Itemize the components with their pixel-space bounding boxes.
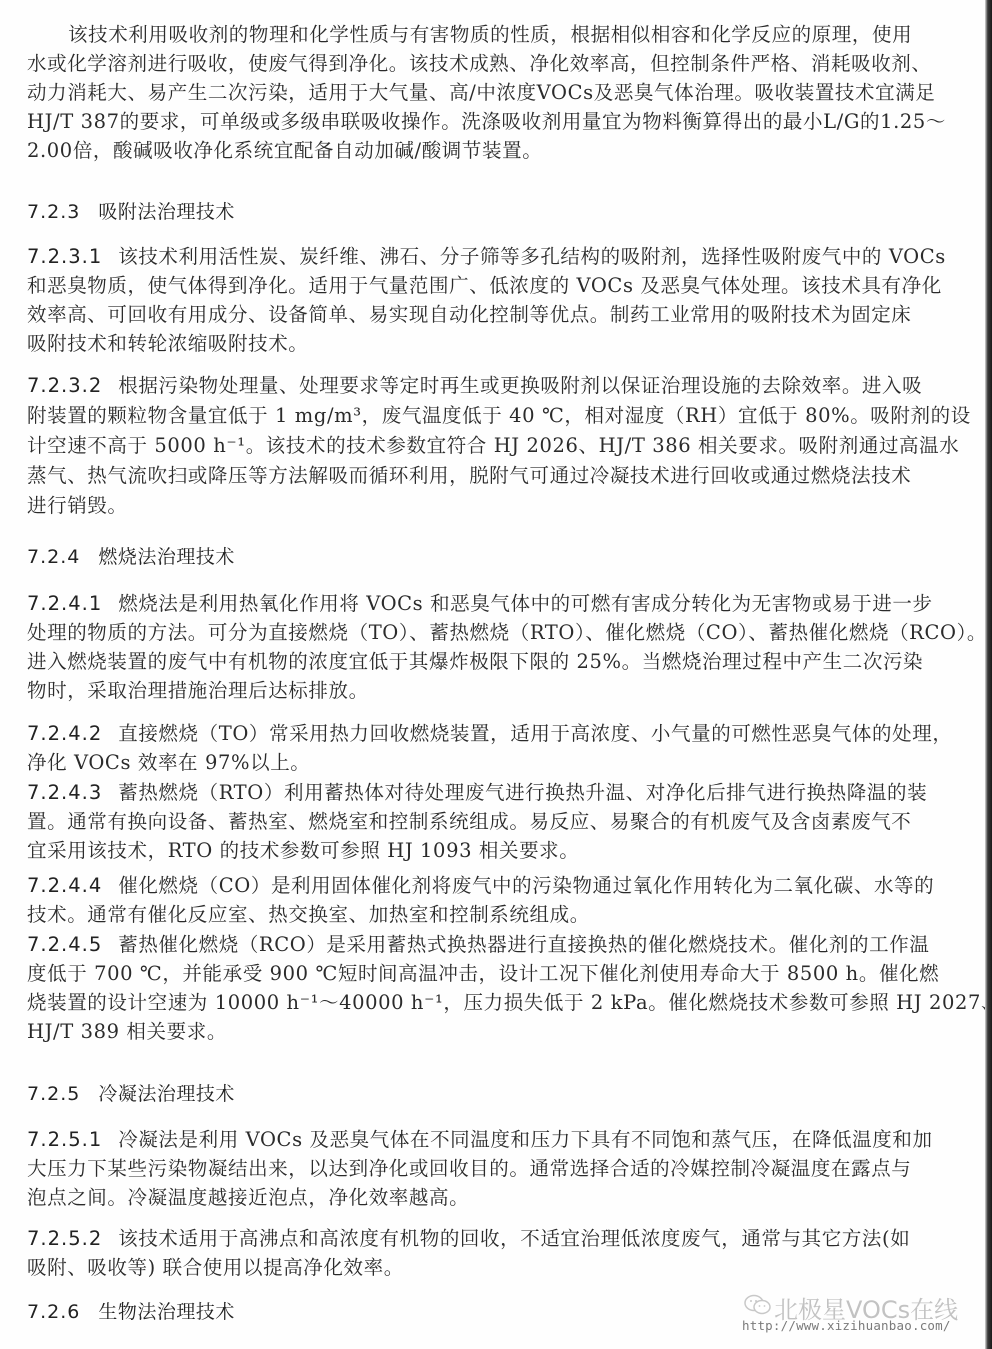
watermark-url: http://www.xizihuanbao.com/ bbox=[742, 1318, 951, 1333]
clause-text: 该技术适用于高沸点和高浓度有机物的回收，不适宜治理低浓度废气，通常与其它方法(如 bbox=[118, 1227, 910, 1250]
section-number: 7.2.3 bbox=[27, 201, 80, 223]
clause-text: 蓄热催化燃烧（RCO）是采用蓄热式换热器进行直接换热的催化燃烧技术。催化剂的工作… bbox=[118, 933, 929, 956]
clause-number: 7.2.4.2 bbox=[27, 722, 102, 745]
clause-line: 7.2.3.2根据污染物处理量、处理要求等定时再生或更换吸附剂以保证治理设施的去… bbox=[27, 373, 922, 399]
section-title: 生物法治理技术 bbox=[98, 1301, 235, 1323]
intro-line: 动力消耗大、易产生二次污染，适用于大气量、高/中浓度VOCs及恶臭气体治理。吸收… bbox=[27, 80, 935, 106]
clause-line: 物时，采取治理措施治理后达标排放。 bbox=[27, 678, 369, 704]
clause-line: 烧装置的设计空速为 10000 h⁻¹～40000 h⁻¹，压力损失低于 2 k… bbox=[27, 990, 992, 1016]
clause-text: 直接燃烧（TO）常采用热力回收燃烧装置，适用于高浓度、小气量的可燃性恶臭气体的处… bbox=[118, 722, 952, 745]
clause-number: 7.2.4.1 bbox=[27, 592, 102, 615]
section-title: 燃烧法治理技术 bbox=[98, 546, 235, 568]
clause-line: 吸附技术和转轮浓缩吸附技术。 bbox=[27, 331, 308, 357]
section-number: 7.2.6 bbox=[27, 1301, 80, 1323]
section-heading-7-2-5: 7.2.5冷凝法治理技术 bbox=[27, 1081, 235, 1107]
clause-number: 7.2.5.2 bbox=[27, 1227, 102, 1250]
clause-line: 大压力下某些污染物凝结出来，以达到净化或回收目的。通常选择合适的冷媒控制冷凝温度… bbox=[27, 1156, 911, 1182]
section-heading-7-2-6: 7.2.6生物法治理技术 bbox=[27, 1299, 235, 1325]
clause-line: 7.2.4.1燃烧法是利用热氧化作用将 VOCs 和恶臭气体中的可燃有害成分转化… bbox=[27, 591, 933, 617]
intro-line: 该技术利用吸收剂的物理和化学性质与有害物质的性质，根据相似相容和化学反应的原理，… bbox=[68, 22, 912, 48]
clause-number: 7.2.3.2 bbox=[27, 374, 102, 397]
clause-text: 冷凝法是利用 VOCs 及恶臭气体在不同温度和压力下具有不同饱和蒸气压，在降低温… bbox=[118, 1128, 932, 1151]
intro-line: 2.00倍，酸碱吸收净化系统宜配备自动加碱/酸调节装置。 bbox=[27, 138, 542, 164]
clause-number: 7.2.4.5 bbox=[27, 933, 102, 956]
watermark: 北极星VOCs在线 http://www.xizihuanbao.com/ bbox=[742, 1290, 982, 1340]
page-edge-divider bbox=[985, 0, 992, 1349]
clause-line: 7.2.4.5蓄热催化燃烧（RCO）是采用蓄热式换热器进行直接换热的催化燃烧技术… bbox=[27, 932, 929, 958]
section-title: 冷凝法治理技术 bbox=[98, 1083, 235, 1105]
clause-line: 7.2.4.3蓄热燃烧（RTO）利用蓄热体对待处理废气进行换热升温、对净化后排气… bbox=[27, 780, 927, 806]
clause-number: 7.2.3.1 bbox=[27, 245, 102, 268]
clause-line: 宜采用该技术，RTO 的技术参数可参照 HJ 1093 相关要求。 bbox=[27, 838, 579, 864]
clause-text: 燃烧法是利用热氧化作用将 VOCs 和恶臭气体中的可燃有害成分转化为无害物或易于… bbox=[118, 592, 932, 615]
clause-line: 处理的物质的方法。可分为直接燃烧（TO）、蓄热燃烧（RTO）、催化燃烧（CO）、… bbox=[27, 620, 987, 646]
section-number: 7.2.4 bbox=[27, 546, 80, 568]
clause-text: 该技术利用活性炭、炭纤维、沸石、分子筛等多孔结构的吸附剂，选择性吸附废气中的 V… bbox=[118, 245, 946, 268]
section-number: 7.2.5 bbox=[27, 1083, 80, 1105]
clause-line: 附装置的颗粒物含量宜低于 1 mg/m³，废气温度低于 40 ℃，相对湿度（RH… bbox=[27, 403, 971, 429]
clause-line: 7.2.5.2该技术适用于高沸点和高浓度有机物的回收，不适宜治理低浓度废气，通常… bbox=[27, 1226, 910, 1252]
intro-line: 水或化学溶剂进行吸收，使废气得到净化。该技术成熟、净化效率高，但控制条件严格、消… bbox=[27, 51, 932, 77]
section-heading-7-2-4: 7.2.4燃烧法治理技术 bbox=[27, 544, 235, 570]
clause-text: 催化燃烧（CO）是利用固体催化剂将废气中的污染物通过氧化作用转化为二氧化碳、水等… bbox=[118, 874, 934, 897]
clause-line: 7.2.5.1冷凝法是利用 VOCs 及恶臭气体在不同温度和压力下具有不同饱和蒸… bbox=[27, 1127, 933, 1153]
clause-line: 蒸气、热气流吹扫或降压等方法解吸而循环利用，脱附气可通过冷凝技术进行回收或通过燃… bbox=[27, 463, 911, 489]
clause-number: 7.2.4.4 bbox=[27, 874, 102, 897]
clause-line: 吸附、吸收等) 联合使用以提高净化效率。 bbox=[27, 1255, 404, 1281]
clause-line: 效率高、可回收有用成分、设备简单、易实现自动化控制等优点。制药工业常用的吸附技术… bbox=[27, 302, 911, 328]
document-page: 该技术利用吸收剂的物理和化学性质与有害物质的性质，根据相似相容和化学反应的原理，… bbox=[0, 0, 992, 1349]
clause-text: 根据污染物处理量、处理要求等定时再生或更换吸附剂以保证治理设施的去除效率。进入吸 bbox=[118, 374, 922, 397]
clause-line: 置。通常有换向设备、蓄热室、燃烧室和控制系统组成。易反应、易聚合的有机废气及含卤… bbox=[27, 809, 911, 835]
clause-line: 度低于 700 ℃，并能承受 900 ℃短时间高温冲击，设计工况下催化剂使用寿命… bbox=[27, 961, 939, 987]
clause-number: 7.2.4.3 bbox=[27, 781, 102, 804]
clause-text: 蓄热燃烧（RTO）利用蓄热体对待处理废气进行换热升温、对净化后排气进行换热降温的… bbox=[118, 781, 927, 804]
intro-line: HJ/T 387的要求，可单级或多级串联吸收操作。洗涤吸收剂用量宜为物料衡算得出… bbox=[27, 109, 946, 135]
clause-line: 进行销毁。 bbox=[27, 493, 128, 519]
clause-line: 和恶臭物质，使气体得到净化。适用于气量范围广、低浓度的 VOCs 及恶臭气体处理… bbox=[27, 273, 942, 299]
clause-line: 技术。通常有催化反应室、热交换室、加热室和控制系统组成。 bbox=[27, 902, 590, 928]
clause-line: 7.2.4.4催化燃烧（CO）是利用固体催化剂将废气中的污染物通过氧化作用转化为… bbox=[27, 873, 934, 899]
clause-line: 泡点之间。冷凝温度越接近泡点，净化效率越高。 bbox=[27, 1185, 469, 1211]
clause-line: 7.2.3.1该技术利用活性炭、炭纤维、沸石、分子筛等多孔结构的吸附剂，选择性吸… bbox=[27, 244, 946, 270]
clause-line: 计空速不高于 5000 h⁻¹。该技术的技术参数宜符合 HJ 2026、HJ/T… bbox=[27, 433, 959, 459]
clause-line: 进入燃烧装置的废气中有机物的浓度宜低于其爆炸极限下限的 25%。当燃烧治理过程中… bbox=[27, 649, 923, 675]
section-heading-7-2-3: 7.2.3吸附法治理技术 bbox=[27, 199, 235, 225]
clause-line: 净化 VOCs 效率在 97%以上。 bbox=[27, 750, 310, 776]
clause-line: 7.2.4.2直接燃烧（TO）常采用热力回收燃烧装置，适用于高浓度、小气量的可燃… bbox=[27, 721, 952, 747]
clause-number: 7.2.5.1 bbox=[27, 1128, 102, 1151]
clause-line: HJ/T 389 相关要求。 bbox=[27, 1019, 227, 1045]
section-title: 吸附法治理技术 bbox=[98, 201, 235, 223]
